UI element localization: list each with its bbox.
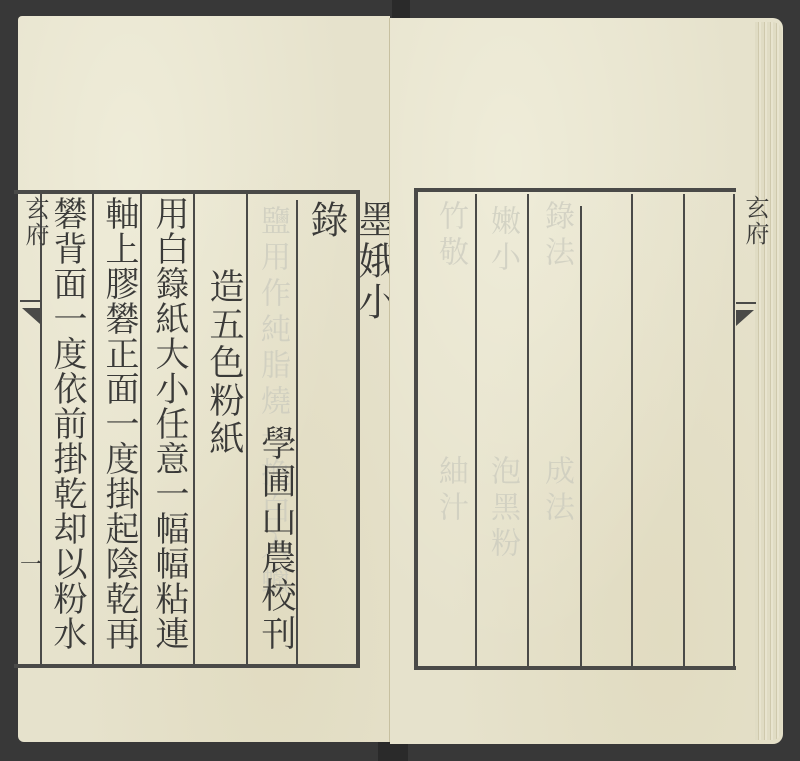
page-block-edges — [755, 22, 782, 740]
bleed-through-text: 錄法 — [534, 200, 578, 272]
spine-bottom — [378, 742, 408, 761]
column-rule — [683, 194, 685, 666]
editor-credit: 學圃山農校刊 — [252, 425, 300, 665]
column-rule — [475, 194, 477, 666]
column-rule — [193, 194, 195, 664]
banxin-rule — [736, 302, 756, 304]
body-column-3: 礬背面一度依前掛乾却以粉水 — [44, 196, 90, 666]
bleed-through-text: 嫩小 — [480, 205, 524, 277]
banxin-rule — [20, 300, 40, 302]
banxin-title-right: 玄府 — [738, 195, 773, 247]
banxin-title-left: 玄府 — [18, 196, 53, 248]
body-column-2: 軸上膠礬正面一度掛起陰乾再 — [96, 196, 142, 666]
column-rule — [580, 206, 582, 666]
bleed-through-text: 紬汁 — [428, 455, 472, 527]
fishtail-mark-right — [736, 310, 754, 326]
bleed-through-text: 竹敬 — [428, 200, 472, 272]
body-column-1: 用白籙紙大小任意一幅幅粘連 — [146, 196, 192, 666]
column-rule — [733, 194, 735, 666]
column-rule — [40, 194, 42, 664]
fishtail-mark-left — [22, 308, 40, 324]
leaf-number: 一 — [20, 548, 42, 579]
book-title: 墨娥小錄 — [302, 200, 398, 360]
spine-top — [392, 0, 410, 20]
column-rule — [92, 194, 94, 664]
column-rule — [527, 194, 529, 666]
section-heading: 造五色粉紙 — [200, 268, 248, 528]
column-rule — [631, 194, 633, 666]
bleed-through-text: 泡黑粉 — [480, 455, 524, 563]
bleed-through-text: 成法 — [534, 455, 578, 527]
